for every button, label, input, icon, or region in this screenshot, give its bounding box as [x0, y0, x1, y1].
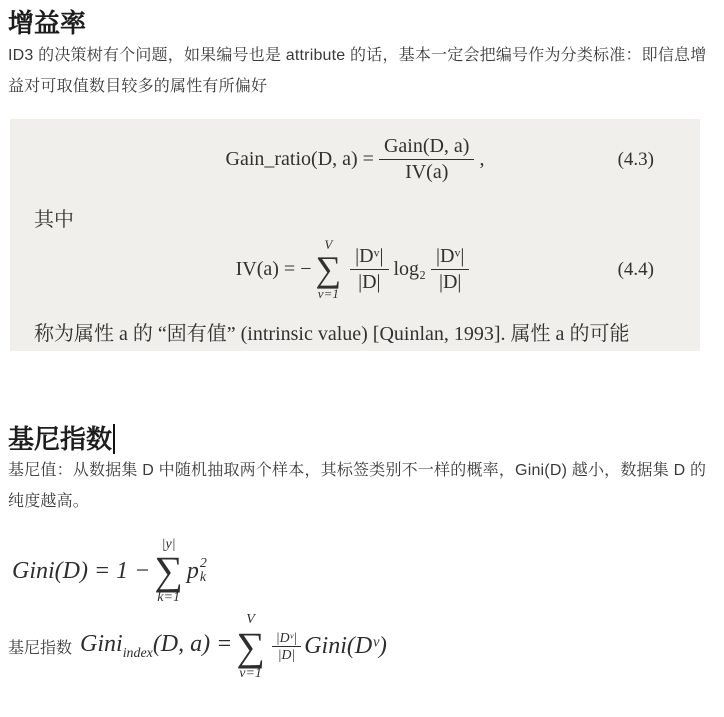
eq44-frac1-numerator: |Dᵛ| [350, 245, 388, 270]
eq44-lhs: IV(a) = − [236, 258, 312, 281]
gini-term-base: p [187, 558, 199, 585]
eq44-fraction-2: |Dᵛ| |D| [431, 245, 469, 294]
figure-caption-line1: 称为属性 a 的 “固有值” (intrinsic value) [Quinla… [34, 318, 676, 351]
gini-term-subscript: k [200, 571, 206, 586]
gini-index-rhs: Gini(Dᵛ) [304, 633, 387, 660]
eq43-comma: , [479, 148, 484, 171]
document-page: 增益率 ID3 的决策树有个问题，如果编号也是 attribute 的话，基本一… [0, 0, 724, 717]
sigma-symbol: ∑ [315, 252, 341, 286]
eq44-summation: V ∑ v=1 [315, 238, 341, 301]
eq43-frac-denominator: IV(a) [400, 160, 453, 184]
eq43-fraction: Gain(D, a) IV(a) [379, 135, 475, 184]
eq43-lhs: Gain_ratio(D, a) = [226, 148, 374, 171]
eq44-frac1-denominator: |D| [353, 270, 385, 294]
gini-index-sum-lower-limit: v=1 [239, 666, 262, 681]
equation-4-4: IV(a) = − V ∑ v=1 |Dᵛ| |D| log₂ |Dᵛ| |D|… [34, 234, 676, 306]
gini-index-label: 基尼指数 [8, 635, 72, 658]
paragraph-gini-definition[interactable]: 基尼值：从数据集 D 中随机抽取两个样本，其标签类别不一样的概率，Gini(D)… [8, 455, 714, 517]
eq44-fraction-1: |Dᵛ| |D| [350, 245, 388, 294]
heading-gini-index-text: 基尼指数 [8, 423, 112, 456]
eq44-frac2-denominator: |D| [434, 270, 466, 294]
eq43-number-tag: (4.3) [618, 149, 654, 171]
gini-lhs: Gini(D) = 1 − [12, 558, 150, 585]
gini-summation: |y| ∑ k=1 [154, 537, 183, 606]
paragraph-id3-problem[interactable]: ID3 的决策树有个问题，如果编号也是 attribute 的话，基本一定会把编… [8, 40, 714, 102]
eq44-number-tag: (4.4) [618, 259, 654, 281]
figure-interlude-text: 其中 [34, 203, 676, 232]
textbook-formula-image[interactable]: Gain_ratio(D, a) = Gain(D, a) IV(a) , (4… [10, 119, 700, 351]
sigma-symbol: ∑ [236, 628, 265, 666]
gini-index-frac-numerator: |Dᵛ| [272, 630, 301, 647]
gini-index-fn: Giniindex(D, a) = [80, 631, 232, 662]
gini-index-fn-base: Gini [80, 631, 123, 657]
gini-index-summation: V ∑ v=1 [236, 612, 265, 681]
heading-gini-index[interactable]: 基尼指数 [8, 423, 115, 456]
figure-caption: 称为属性 a 的 “固有值” (intrinsic value) [Quinla… [34, 318, 676, 351]
gini-index-fn-args: (D, a) = [153, 631, 233, 657]
gini-index-fn-subscript: index [123, 646, 153, 661]
gini-sum-lower-limit: k=1 [157, 590, 180, 605]
eq44-log-term: log₂ [394, 258, 427, 281]
sigma-symbol: ∑ [154, 552, 183, 590]
heading-gain-ratio[interactable]: 增益率 [8, 0, 86, 40]
gini-term-superscript: 2 [200, 557, 207, 572]
eq44-frac2-numerator: |Dᵛ| [431, 245, 469, 270]
gini-term-scripts: 2 k [200, 557, 207, 586]
equation-4-3: Gain_ratio(D, a) = Gain(D, a) IV(a) , (4… [34, 131, 676, 189]
eq43-frac-numerator: Gain(D, a) [379, 135, 475, 160]
gini-index-fraction: |Dᵛ| |D| [272, 630, 301, 663]
gini-index-formula-line[interactable]: 基尼指数 Giniindex(D, a) = V ∑ v=1 |Dᵛ| |D| … [8, 612, 714, 682]
eq44-sum-lower-limit: v=1 [318, 287, 339, 301]
gini-formula[interactable]: Gini(D) = 1 − |y| ∑ k=1 p 2 k [12, 537, 714, 606]
gini-index-frac-denominator: |D| [274, 647, 300, 663]
text-cursor [113, 424, 115, 454]
